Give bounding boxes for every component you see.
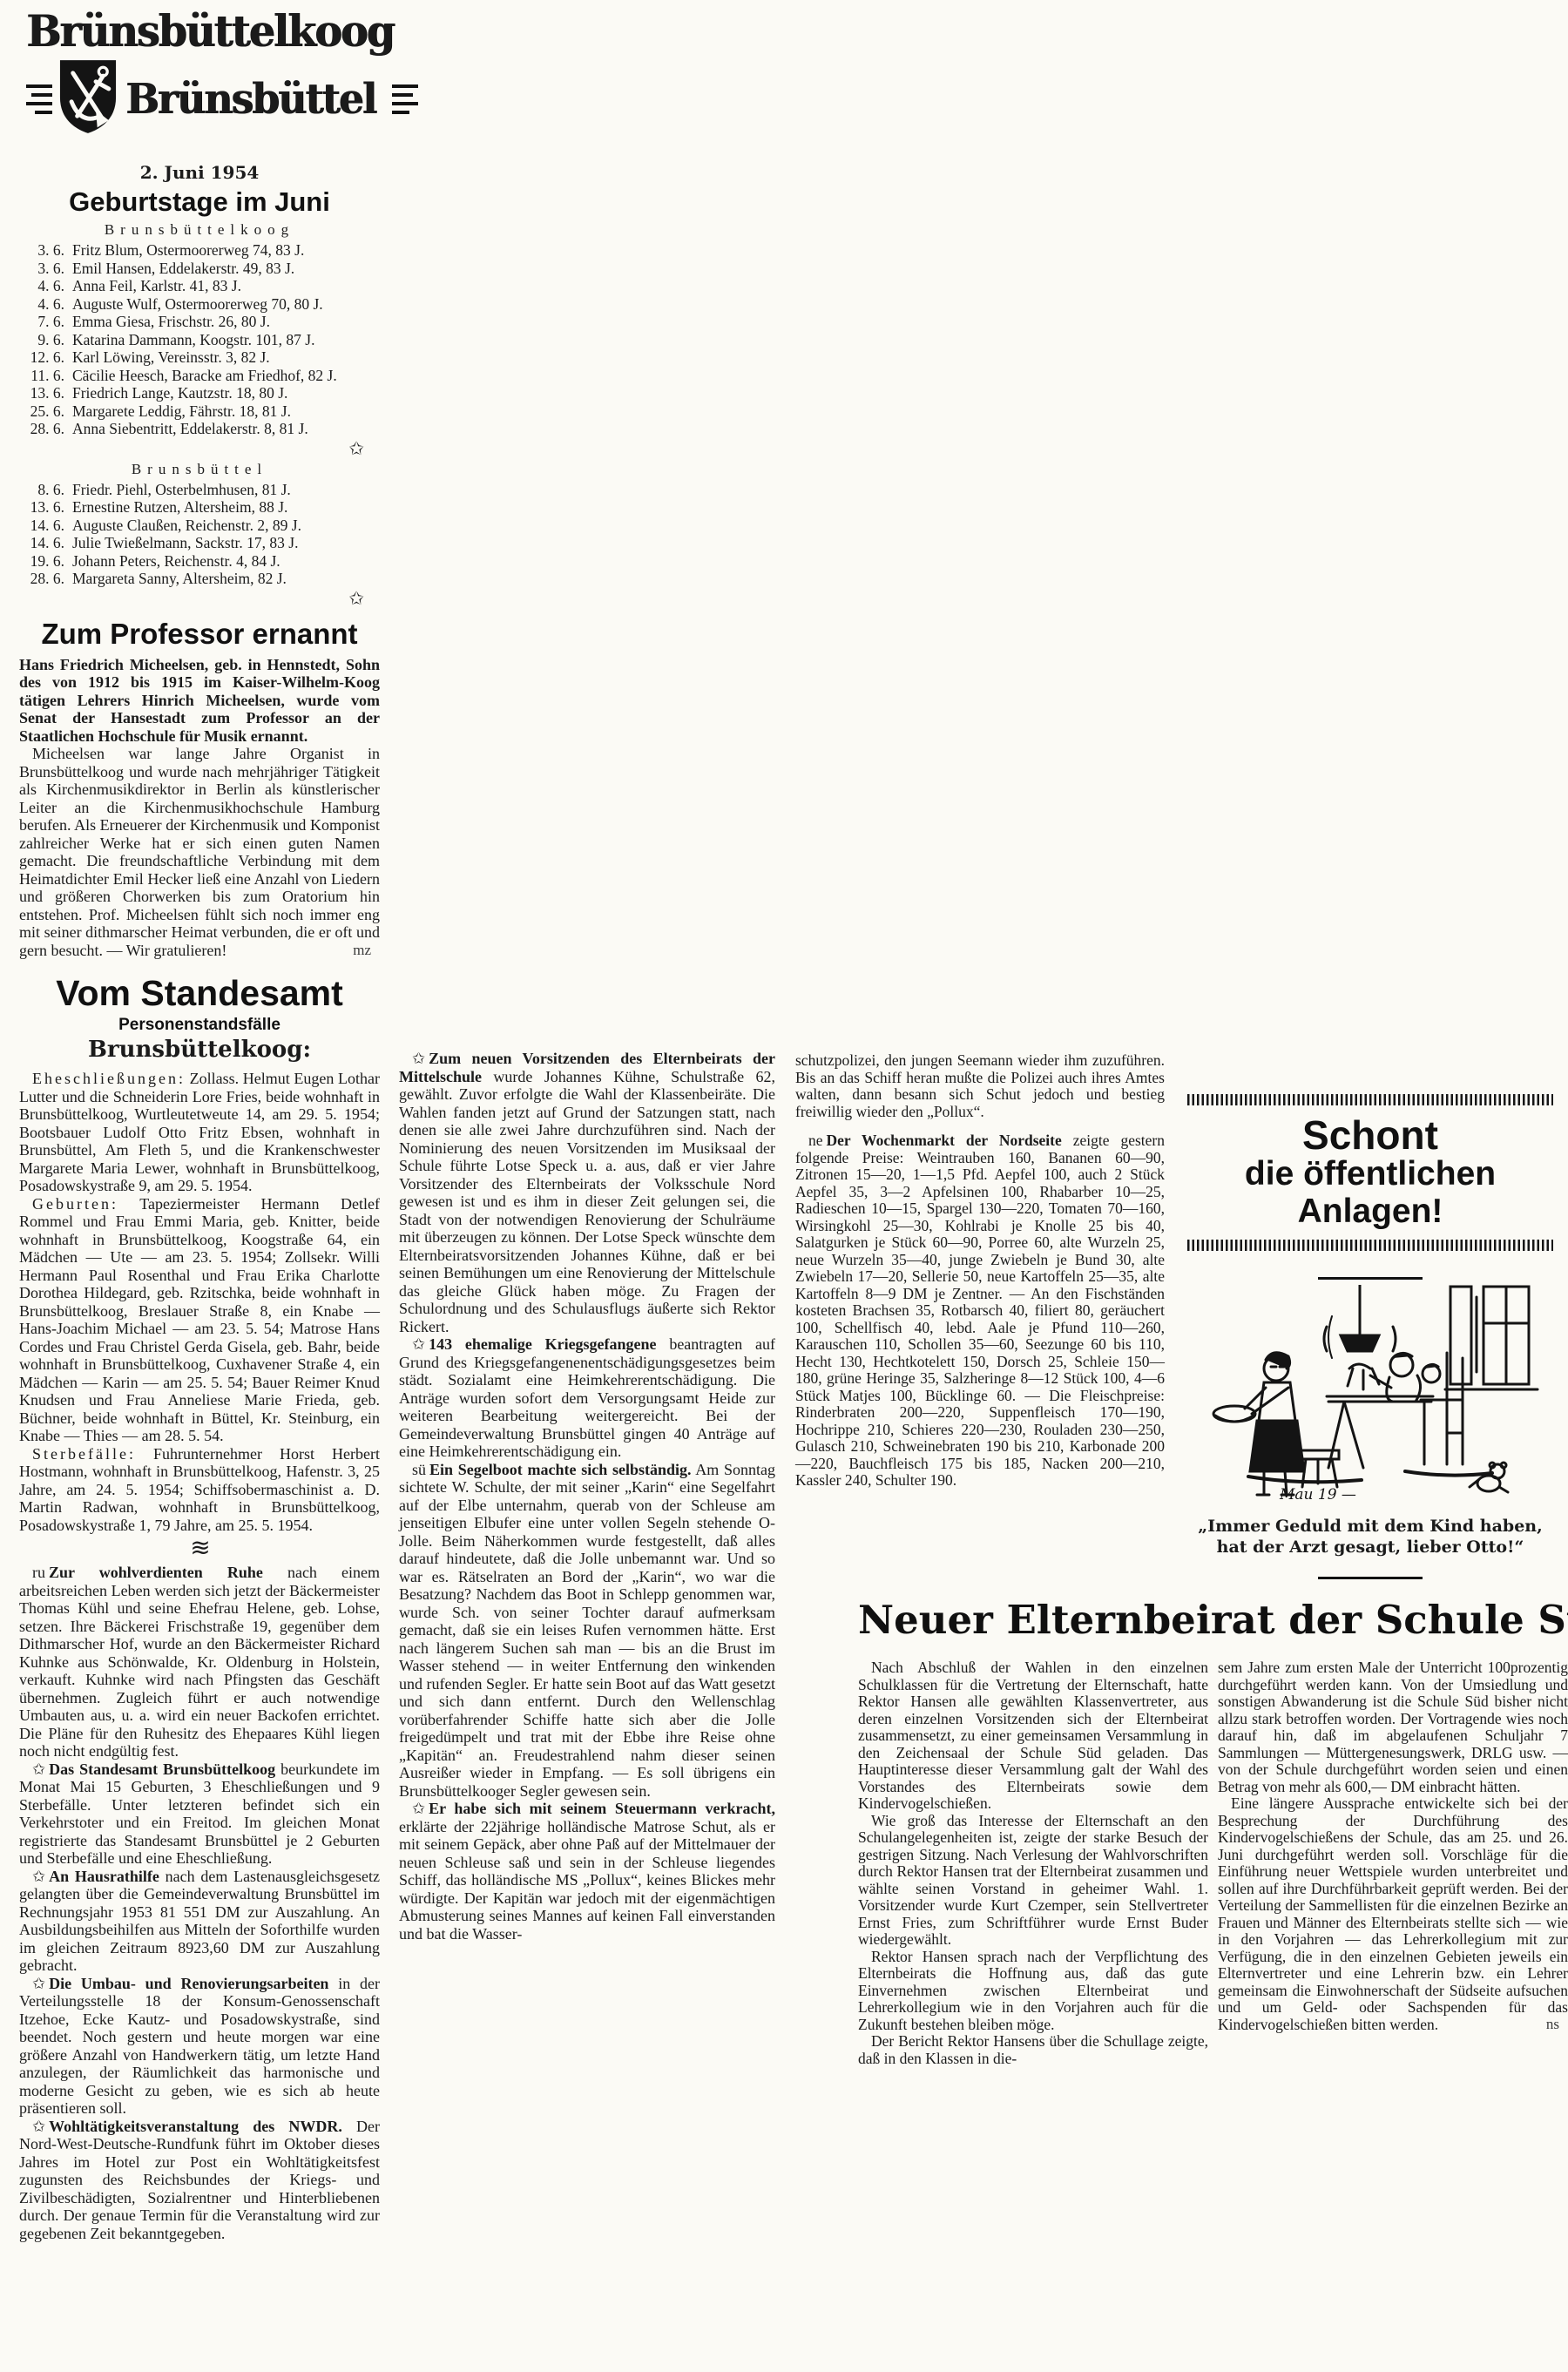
record-marriages: Eheschließungen: Zollass. Helmut Eugen L… — [19, 1070, 380, 1195]
hatched-rule — [1187, 1094, 1553, 1105]
short-rule — [1318, 1577, 1423, 1579]
news-item-hausrathilfe: ✩An Hausrathilfe nach dem Lastenausgleic… — [19, 1868, 380, 1975]
list-item: 9. 6.Katarina Dammann, Koogstr. 101, 87 … — [19, 331, 380, 349]
star-divider-icon: ✩ — [19, 439, 380, 459]
psa-title-line1: Schont — [1187, 1114, 1553, 1156]
news-item-registry-stats: ✩Das Standesamt Brunsbüttelkoog beurkund… — [19, 1760, 380, 1868]
birthdays-place-1: Brunsbüttelkoog — [19, 221, 380, 239]
third-column: schutzpolizei, den jungen Seemann wieder… — [795, 1052, 1165, 1490]
standesamt-place: Brunsbüttelkoog: — [19, 1037, 380, 1063]
cartoonist-signature: Mau 19 — — [1279, 1486, 1356, 1504]
list-item: 11. 6.Cäcilie Heesch, Baracke am Friedho… — [19, 367, 380, 385]
birthdays-headline: Geburtstage im Juni — [19, 186, 380, 218]
middle-column: ✩Zum neuen Vorsitzenden des Elternbeirat… — [399, 1050, 775, 1943]
list-item: 3. 6.Emil Hansen, Eddelakerstr. 49, 83 J… — [19, 260, 380, 278]
birthday-list-brunsbuettelkoog: 3. 6.Fritz Blum, Ostermoorerweg 74, 83 J… — [19, 241, 380, 438]
list-item: 7. 6.Emma Giesa, Frischstr. 26, 80 J. — [19, 313, 380, 331]
professor-lead: Hans Friedrich Micheelsen, geb. in Henns… — [19, 656, 380, 746]
news-item-nwdr: ✩Wohltätigkeitsveranstaltung des NWDR. D… — [19, 2118, 380, 2243]
masthead-title-line2: Brünsbüttel — [125, 75, 375, 124]
list-item: 28. 6.Anna Siebentritt, Eddelakerstr. 8,… — [19, 420, 380, 438]
record-deaths: Sterbefälle: Fuhrunternehmer Horst Herbe… — [19, 1445, 380, 1535]
paragraph: Eine längere Aussprache entwickelte sich… — [1218, 1795, 1568, 2033]
paragraph: sem Jahre zum ersten Male der Unterricht… — [1218, 1659, 1568, 1795]
news-item-steuermann: ✩Er habe sich mit seinem Steuermann verk… — [399, 1800, 775, 1943]
list-item: 4. 6.Auguste Wulf, Ostermoorerweg 70, 80… — [19, 295, 380, 314]
steuermann-continuation: schutzpolizei, den jungen Seemann wieder… — [795, 1052, 1165, 1120]
school-article-headline: Neuer Elternbeirat der Schule Süd — [858, 1597, 1568, 1643]
news-item-segelboot: süEin Segelboot machte sich selbständig.… — [399, 1461, 775, 1801]
cartoon-caption: „Immer Geduld mit dem Kind haben, hat de… — [1196, 1516, 1544, 1558]
news-item-bakery: ruZur wohlverdienten Ruhe nach einem arb… — [19, 1564, 380, 1760]
professor-headline: Zum Professor ernannt — [19, 618, 380, 651]
list-item: 3. 6.Fritz Blum, Ostermoorerweg 74, 83 J… — [19, 241, 380, 260]
newspaper-page: Brünsbüttelkoog Brünsbüttel — [0, 0, 1568, 2372]
news-item-elternbeirat-mittelschule: ✩Zum neuen Vorsitzenden des Elternbeirat… — [399, 1050, 775, 1335]
star-divider-icon: ✩ — [19, 589, 380, 609]
paragraph: Wie groß das Interesse der Elternschaft … — [858, 1813, 1208, 1949]
news-item-kriegsgefangene: ✩143 ehemalige Kriegsgefangene beantragt… — [399, 1335, 775, 1461]
dateline: 2. Juni 1954 — [19, 162, 380, 183]
list-item: 8. 6.Friedr. Piehl, Osterbelmhusen, 81 J… — [19, 481, 380, 499]
hatched-rule — [1187, 1240, 1553, 1251]
news-item-renovation: ✩Die Umbau- und Renovierungsarbeiten in … — [19, 1975, 380, 2118]
left-column: 2. Juni 1954 Geburtstage im Juni Brunsbü… — [19, 162, 380, 2242]
list-item: 19. 6.Johann Peters, Reichenstr. 4, 84 J… — [19, 552, 380, 571]
psa-title-line2: die öffentlichen Anlagen! — [1187, 1156, 1553, 1231]
list-item: 12. 6.Karl Löwing, Vereinsstr. 3, 82 J. — [19, 348, 380, 367]
speed-lines-icon — [392, 84, 418, 114]
standesamt-subhead: Personenstandsfälle — [19, 1016, 380, 1035]
list-item: 14. 6.Auguste Claußen, Reichenstr. 2, 89… — [19, 517, 380, 535]
school-article-col2: sem Jahre zum ersten Male der Unterricht… — [1218, 1659, 1568, 2033]
paragraph: Rektor Hansen sprach nach der Verpflicht… — [858, 1949, 1208, 2034]
professor-body: Micheelsen war lange Jahre Organist in B… — [19, 745, 380, 959]
record-births: Geburten: Tapeziermeister Hermann Detlef… — [19, 1195, 380, 1445]
school-article-col1: Nach Abschluß der Wahlen in den einzelne… — [858, 1659, 1208, 2067]
wave-divider-icon: ≋ — [19, 1537, 380, 1560]
paragraph: Nach Abschluß der Wahlen in den einzelne… — [858, 1659, 1208, 1813]
birthdays-place-2: Brunsbüttel — [19, 461, 380, 478]
list-item: 14. 6.Julie Twießelmann, Sackstr. 17, 83… — [19, 534, 380, 552]
list-item: 4. 6.Anna Feil, Karlstr. 41, 83 J. — [19, 277, 380, 295]
masthead-title-line1: Brünsbüttelkoog — [26, 7, 367, 55]
list-item: 13. 6.Ernestine Rutzen, Altersheim, 88 J… — [19, 498, 380, 517]
anchor-spade-crest-icon — [56, 57, 120, 141]
paragraph: Der Bericht Rektor Hansens über die Schu… — [858, 2033, 1208, 2067]
list-item: 28. 6.Margareta Sanny, Altersheim, 82 J. — [19, 570, 380, 588]
news-item-wochenmarkt: neDer Wochenmarkt der Nordseite zeigte g… — [795, 1132, 1165, 1490]
psa-box: Schont die öffentlichen Anlagen! — [1187, 1094, 1553, 1585]
short-rule — [1318, 1277, 1423, 1280]
speed-lines-icon — [26, 84, 52, 114]
standesamt-headline: Vom Standesamt — [19, 973, 380, 1014]
masthead: Brünsbüttelkoog Brünsbüttel — [26, 7, 385, 141]
birthday-list-brunsbuettel: 8. 6.Friedr. Piehl, Osterbelmhusen, 81 J… — [19, 481, 380, 588]
list-item: 25. 6.Margarete Leddig, Fährstr. 18, 81 … — [19, 402, 380, 421]
list-item: 13. 6.Friedrich Lange, Kautzstr. 18, 80 … — [19, 384, 380, 402]
family-mealtime-cartoon: Mau 19 — — [1196, 1285, 1544, 1509]
